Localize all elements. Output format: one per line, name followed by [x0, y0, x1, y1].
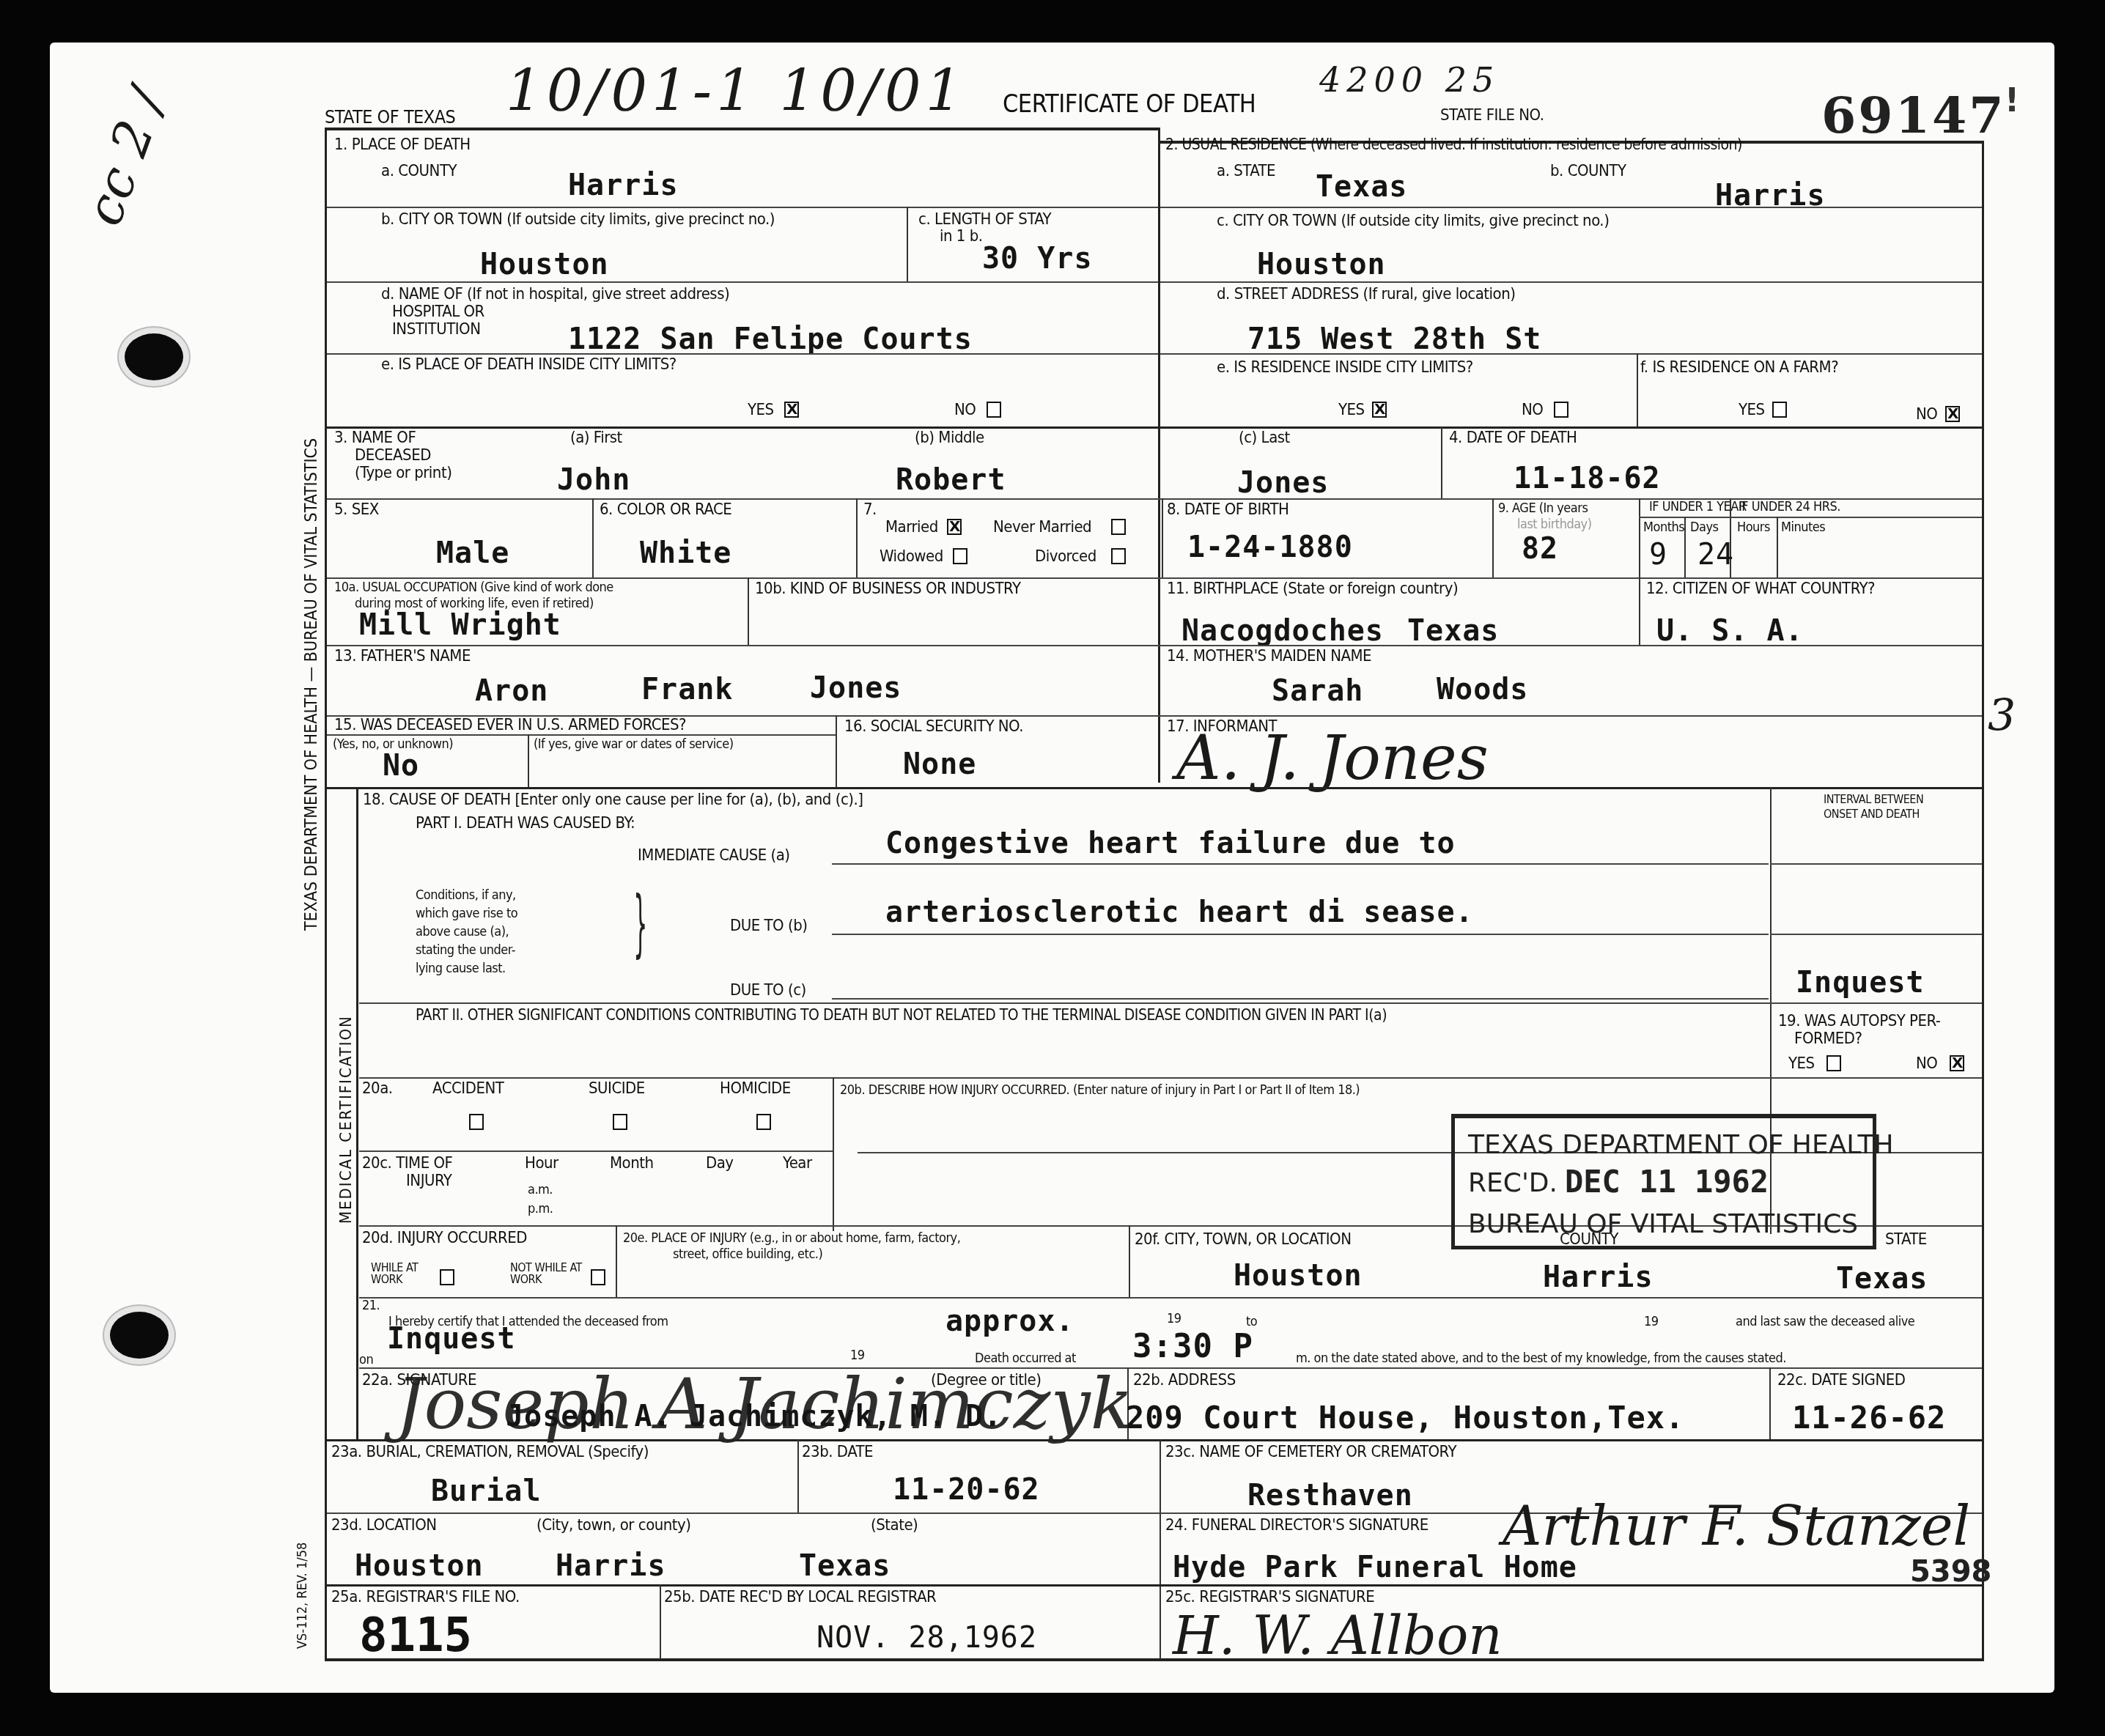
describe-injury-label: 20b. DESCRIBE HOW INJURY OCCURRED. (Ente… [840, 1083, 1360, 1098]
registrar-file-label: 25a. REGISTRAR'S FILE NO. [331, 1589, 520, 1606]
row-divider [327, 734, 836, 736]
cause-b-line [832, 934, 1769, 935]
time-of-injury-label-2: INJURY [406, 1172, 451, 1190]
interval-line [1770, 934, 1982, 935]
occupation-label: 10a. USUAL OCCUPATION (Give kind of work… [334, 580, 613, 595]
row-divider [327, 645, 1982, 646]
marital-never-married-label: Never Married [993, 519, 1091, 536]
am-label: a.m. [528, 1183, 553, 1197]
row-divider [359, 1077, 1982, 1079]
place-of-injury-sublabel: street, office building, etc.) [673, 1247, 822, 1262]
hours-label: Hours [1737, 520, 1770, 535]
received-stamp: TEXAS DEPARTMENT OF HEALTH REC'D. DEC 11… [1451, 1114, 1876, 1249]
funeral-director-signature: Arthur F. Stanzel [1503, 1495, 1970, 1558]
injury-county-value: Harris [1543, 1260, 1654, 1294]
registrar-date-label: 25b. DATE REC'D BY LOCAL REGISTRAR [664, 1589, 936, 1606]
funeral-director-label: 24. FUNERAL DIRECTOR'S SIGNATURE [1165, 1517, 1428, 1534]
race-value: White [640, 536, 731, 570]
armed-forces-sublabel-2: (If yes, give war or dates of service) [534, 737, 734, 752]
length-of-stay-label: c. LENGTH OF STAY [918, 211, 1051, 229]
date-of-death-value: 11-18-62 [1514, 462, 1661, 495]
handwritten-number: 4200 25 [1319, 60, 1500, 100]
registrar-signature: H. W. Allbon [1173, 1605, 1503, 1666]
cause-c-line [832, 998, 1769, 1000]
col-divider [1769, 1367, 1771, 1439]
col-divider [1684, 517, 1686, 577]
certify-19-b: 19 [1644, 1315, 1659, 1329]
birthplace-label: 11. BIRTHPLACE (State or foreign country… [1167, 580, 1458, 598]
accident-label: ACCIDENT [432, 1080, 504, 1098]
cemetery-value: Resthaven [1247, 1479, 1413, 1512]
conditions-note-5: lying cause last. [416, 961, 506, 976]
table-left-border [325, 128, 327, 1660]
place-of-death-label: 1. PLACE OF DEATH [334, 136, 471, 154]
ssn-value: None [903, 747, 976, 781]
name-of-deceased-label-3: (Type or print) [355, 465, 451, 482]
interval-label-2: ONSET AND DEATH [1824, 808, 1920, 821]
physician-address-label: 22b. ADDRESS [1133, 1372, 1236, 1389]
row-divider [327, 577, 1982, 579]
length-of-stay-value: 30 Yrs [982, 242, 1093, 276]
date-signed-value: 11-26-62 [1792, 1400, 1946, 1436]
father-first-value: Aron [475, 674, 548, 708]
death-county-label: a. COUNTY [381, 163, 457, 180]
conditions-note-1: Conditions, if any, [416, 888, 516, 903]
autopsy-no-checkbox[interactable] [1950, 1055, 1964, 1071]
name-of-deceased-label: 3. NAME OF [334, 429, 416, 447]
state-of-texas-label: STATE OF TEXAS [325, 107, 455, 128]
cause-a-line [832, 863, 1769, 865]
certify-19-c: 19 [850, 1348, 865, 1363]
homicide-label: HOMICIDE [720, 1080, 791, 1098]
autopsy-no-label: NO [1916, 1055, 1937, 1073]
injury-state-value: Texas [1836, 1262, 1928, 1296]
location-county-value: Harris [556, 1549, 666, 1583]
residence-city-label: c. CITY OR TOWN (If outside city limits,… [1217, 213, 1609, 230]
col-divider [748, 577, 749, 645]
certify-causes-text: m. on the date stated above, and to the … [1296, 1351, 1786, 1366]
col-divider [1129, 1225, 1130, 1297]
registrar-signature-label: 25c. REGISTRAR'S SIGNATURE [1165, 1589, 1374, 1606]
due-to-b-value: arteriosclerotic heart di sease. [885, 895, 1474, 929]
hospital-label-2: HOSPITAL OR [392, 303, 484, 321]
farm-yes-checkbox[interactable] [1772, 402, 1787, 418]
col-divider [1441, 426, 1442, 500]
usual-residence-label: 2. USUAL RESIDENCE (Where deceased lived… [1165, 136, 1742, 153]
registrar-date-value: NOV. 28,1962 [816, 1621, 1037, 1655]
farm-no-checkbox[interactable] [1945, 406, 1960, 422]
col-divider [1637, 353, 1638, 426]
col-divider [592, 498, 594, 577]
autopsy-yes-label: YES [1788, 1055, 1815, 1073]
due-to-b-label: DUE TO (b) [730, 917, 807, 935]
death-inside-no-checkbox[interactable] [987, 402, 1001, 418]
row-divider [1160, 353, 1982, 355]
autopsy-yes-checkbox[interactable] [1826, 1055, 1841, 1071]
injury-city-label: 20f. CITY, TOWN, OR LOCATION [1135, 1231, 1351, 1249]
month-label: Month [610, 1155, 654, 1172]
citizen-value: U. S. A. [1656, 614, 1804, 648]
stamp-line-2-prefix: REC'D. [1468, 1168, 1557, 1198]
hospital-label: d. NAME OF (If not in hospital, give str… [381, 286, 729, 303]
marital-never-married-checkbox[interactable] [1111, 519, 1126, 535]
months-value: 9 [1649, 538, 1667, 572]
medical-cert-left-border [356, 787, 358, 1439]
death-time-value: 3:30 P [1132, 1328, 1253, 1365]
name-of-deceased-label-2: DECEASED [355, 447, 431, 465]
accident-checkbox[interactable] [469, 1114, 484, 1130]
citizen-label: 12. CITIZEN OF WHAT COUNTRY? [1646, 580, 1875, 598]
under-24-hrs-label: IF UNDER 24 HRS. [1739, 500, 1840, 514]
certificate-title: CERTIFICATE OF DEATH [1003, 91, 1256, 118]
farm-no-label: NO [1916, 406, 1937, 424]
col-divider [836, 715, 837, 787]
father-name-label: 13. FATHER'S NAME [334, 648, 471, 665]
right-margin-mark: 3 [1988, 690, 2016, 742]
immediate-cause-label: IMMEDIATE CAUSE (a) [638, 847, 790, 865]
armed-forces-label: 15. WAS DECEASED EVER IN U.S. ARMED FORC… [334, 717, 686, 734]
residence-street-value: 715 West 28th St [1247, 322, 1541, 356]
residence-state-value: Texas [1316, 170, 1407, 204]
marital-label: 7. [863, 501, 877, 519]
first-name-value: John [557, 463, 630, 497]
residence-street-label: d. STREET ADDRESS (If rural, give locati… [1217, 286, 1515, 303]
form-number-label: VS-112, REV. 1/58 [295, 1543, 310, 1649]
col-divider [907, 207, 908, 281]
suicide-label: SUICIDE [589, 1080, 645, 1098]
informant-signature: A. J. Jones [1176, 722, 1489, 794]
injury-state-label: STATE [1885, 1231, 1927, 1249]
marital-divorced-checkbox[interactable] [1111, 548, 1126, 564]
part-two-label: PART II. OTHER SIGNIFICANT CONDITIONS CO… [416, 1007, 1387, 1024]
disposition-date-label: 23b. DATE [802, 1444, 873, 1461]
marital-divorced-label: Divorced [1035, 548, 1096, 566]
residence-state-label: a. STATE [1217, 163, 1275, 180]
date-of-birth-value: 1-24-1880 [1187, 531, 1353, 564]
first-name-label: (a) First [570, 429, 622, 447]
age-label: 9. AGE (In years [1498, 501, 1588, 516]
certify-on-value: Inquest [387, 1322, 516, 1356]
residence-inside-limits-label: e. IS RESIDENCE INSIDE CITY LIMITS? [1217, 359, 1473, 377]
certify-number: 21. [362, 1299, 380, 1313]
col-divider [1777, 517, 1778, 577]
middle-name-value: Robert [896, 463, 1006, 497]
farm-label: f. IS RESIDENCE ON A FARM? [1640, 359, 1838, 377]
father-middle-value: Frank [641, 673, 733, 706]
autopsy-label: 19. WAS AUTOPSY PER- [1778, 1013, 1941, 1030]
certify-on: on [359, 1353, 373, 1367]
marital-married-label: Married [885, 519, 938, 536]
disposition-method-label: 23a. BURIAL, CREMATION, REMOVAL (Specify… [331, 1444, 649, 1461]
location-sublabel-1: (City, town, or county) [537, 1517, 691, 1534]
location-state-value: Texas [799, 1549, 891, 1583]
row-divider [327, 1584, 1982, 1587]
middle-name-label: (b) Middle [915, 429, 984, 447]
birthplace-city-value: Nacogdoches [1181, 614, 1384, 648]
col-divider [1639, 498, 1640, 577]
col-divider [797, 1439, 799, 1512]
conditions-note-4: stating the under- [416, 943, 515, 958]
injury-city-value: Houston [1234, 1259, 1363, 1293]
margin-mark: ! [2005, 82, 2019, 119]
residence-inside-yes-label: YES [1338, 402, 1365, 419]
location-sublabel-2: (State) [871, 1517, 918, 1534]
death-county-value: Harris [568, 169, 679, 202]
hour-label: Hour [525, 1155, 558, 1172]
residence-inside-yes-checkbox[interactable] [1372, 402, 1387, 418]
row-divider [327, 207, 1158, 208]
day-label: Day [706, 1155, 734, 1172]
manner-label: 20a. [362, 1080, 393, 1098]
col-divider [660, 1584, 661, 1659]
handwritten-code: 10/01-1 10/01 [506, 59, 966, 125]
part-one-label: PART I. DEATH WAS CAUSED BY: [416, 815, 635, 832]
death-inside-limits-label: e. IS PLACE OF DEATH INSIDE CITY LIMITS? [381, 356, 677, 374]
place-of-injury-label: 20e. PLACE OF INJURY (e.g., in or about … [623, 1231, 960, 1246]
birthplace-state-value: Texas [1407, 614, 1499, 648]
stamp-line-3: BUREAU OF VITAL STATISTICS [1468, 1209, 1858, 1239]
months-label: Months [1643, 520, 1684, 535]
row-divider [1639, 517, 1982, 518]
last-name-value: Jones [1237, 466, 1329, 500]
year-label: Year [783, 1155, 812, 1172]
physician-typed-name: Joseph A. Jachimczyk, M. D. [506, 1400, 1002, 1433]
physician-address-value: 209 Court House, Houston,Tex. [1126, 1400, 1684, 1436]
interval-value: Inquest [1796, 966, 1925, 1000]
time-of-injury-label: 20c. TIME OF [362, 1155, 452, 1172]
punch-hole-bottom [110, 1312, 169, 1359]
certify-last-saw: and last saw the deceased alive [1736, 1315, 1914, 1329]
col-divider [1162, 498, 1163, 577]
table-right-border [1982, 141, 1984, 1660]
center-divider-top [1158, 130, 1160, 783]
vertical-department-label: TEXAS DEPARTMENT OF HEALTH — BUREAU OF V… [302, 438, 321, 931]
cause-of-death-label: 18. CAUSE OF DEATH [Enter only one cause… [363, 791, 863, 809]
suicide-checkbox[interactable] [613, 1114, 627, 1130]
residence-inside-no-label: NO [1522, 402, 1543, 419]
table-bottom-border [325, 1658, 1984, 1661]
days-label: Days [1690, 520, 1718, 535]
race-label: 6. COLOR OR RACE [600, 501, 731, 519]
not-while-at-work-checkbox[interactable] [591, 1269, 605, 1285]
location-label: 23d. LOCATION [331, 1517, 437, 1534]
under-1-year-label: IF UNDER 1 YEAR [1649, 500, 1747, 514]
interval-line [1770, 863, 1982, 865]
residence-inside-no-checkbox[interactable] [1554, 402, 1568, 418]
row-divider [359, 1002, 1982, 1004]
row-divider [1160, 207, 1982, 208]
row-divider [327, 281, 1158, 283]
mother-last-value: Woods [1437, 673, 1528, 706]
funeral-home-value: Hyde Park Funeral Home [1173, 1551, 1577, 1584]
last-name-label: (c) Last [1239, 429, 1290, 447]
death-inside-yes-label: YES [748, 402, 774, 419]
date-of-death-label: 4. DATE OF DEATH [1449, 429, 1577, 447]
cemetery-label: 23c. NAME OF CEMETERY OR CREMATORY [1165, 1444, 1456, 1461]
interval-label-1: INTERVAL BETWEEN [1824, 793, 1923, 806]
death-inside-yes-checkbox[interactable] [784, 402, 799, 418]
mother-first-value: Sarah [1272, 674, 1363, 708]
row-divider [359, 1150, 833, 1152]
residence-county-label: b. COUNTY [1550, 163, 1626, 180]
location-city-value: Houston [355, 1549, 484, 1583]
homicide-checkbox[interactable] [756, 1114, 771, 1130]
certify-to: to [1246, 1315, 1257, 1329]
age-value: 82 [1522, 532, 1558, 566]
due-to-c-label: DUE TO (c) [730, 982, 806, 1000]
conditions-note-3: above cause (a), [416, 925, 509, 939]
conditions-note-2: which gave rise to [416, 906, 517, 921]
state-file-label: STATE FILE NO. [1440, 107, 1544, 125]
while-at-work-checkbox[interactable] [440, 1269, 454, 1285]
sex-label: 5. SEX [334, 501, 379, 519]
marital-widowed-checkbox[interactable] [953, 548, 967, 564]
state-file-number: 69147 [1821, 86, 2006, 145]
row-divider [359, 1297, 1982, 1299]
col-divider [528, 734, 529, 787]
col-divider [1639, 577, 1640, 645]
occupation-value: Mill Wright [359, 608, 561, 642]
row-divider [327, 353, 1158, 355]
disposition-method-value: Burial [431, 1474, 542, 1508]
certify-from-value: approx. [945, 1304, 1074, 1338]
table-top-border [325, 128, 1160, 130]
days-value: 24 [1697, 538, 1734, 572]
registrar-file-value: 8115 [359, 1608, 472, 1663]
col-divider [1492, 498, 1494, 577]
age-sublabel: last birthday) [1517, 517, 1592, 532]
armed-forces-value: No [383, 749, 419, 783]
row-divider [1160, 281, 1982, 283]
pm-label: p.m. [528, 1202, 553, 1216]
stamp-line-1: TEXAS DEPARTMENT OF HEALTH [1468, 1130, 1893, 1160]
date-signed-label: 22c. DATE SIGNED [1777, 1372, 1905, 1389]
hospital-label-3: INSTITUTION [392, 321, 481, 339]
conditions-brace: } [633, 887, 647, 960]
vertical-medical-certification-label: MEDICAL CERTIFICATION [337, 1015, 355, 1224]
while-at-work-label: WHILE AT WORK [371, 1262, 422, 1285]
col-divider [616, 1225, 617, 1297]
punch-hole-top [125, 333, 183, 380]
col-divider [1160, 1439, 1161, 1659]
hospital-value: 1122 San Felipe Courts [568, 322, 973, 356]
date-of-birth-label: 8. DATE OF BIRTH [1167, 501, 1289, 519]
mother-name-label: 14. MOTHER'S MAIDEN NAME [1167, 648, 1371, 665]
row-divider [327, 1439, 1982, 1441]
residence-city-value: Houston [1257, 248, 1386, 281]
ssn-label: 16. SOCIAL SECURITY NO. [844, 718, 1023, 736]
row-divider [327, 787, 1982, 789]
death-city-label: b. CITY OR TOWN (If outside city limits,… [381, 211, 775, 229]
length-of-stay-sublabel: in 1 b. [940, 228, 983, 245]
sex-value: Male [436, 536, 509, 570]
autopsy-sublabel: FORMED? [1794, 1030, 1862, 1048]
disposition-date-value: 11-20-62 [893, 1473, 1040, 1507]
death-inside-no-label: NO [954, 402, 976, 419]
marital-widowed-label: Widowed [880, 548, 943, 566]
industry-label: 10b. KIND OF BUSINESS OR INDUSTRY [755, 580, 1020, 598]
not-while-at-work-label: NOT WHILE AT WORK [510, 1262, 583, 1285]
col-divider [856, 498, 858, 577]
death-city-value: Houston [480, 248, 609, 281]
immediate-cause-value: Congestive heart failure due to [885, 827, 1456, 860]
injury-occurred-label: 20d. INJURY OCCURRED [362, 1230, 527, 1247]
col-divider [833, 1077, 834, 1231]
marital-married-checkbox[interactable] [947, 519, 962, 535]
stamp-line-2-date: DEC 11 1962 [1565, 1164, 1769, 1200]
farm-yes-label: YES [1739, 402, 1765, 419]
minutes-label: Minutes [1781, 520, 1825, 535]
certify-19-a: 19 [1167, 1312, 1181, 1326]
father-last-value: Jones [810, 671, 902, 705]
